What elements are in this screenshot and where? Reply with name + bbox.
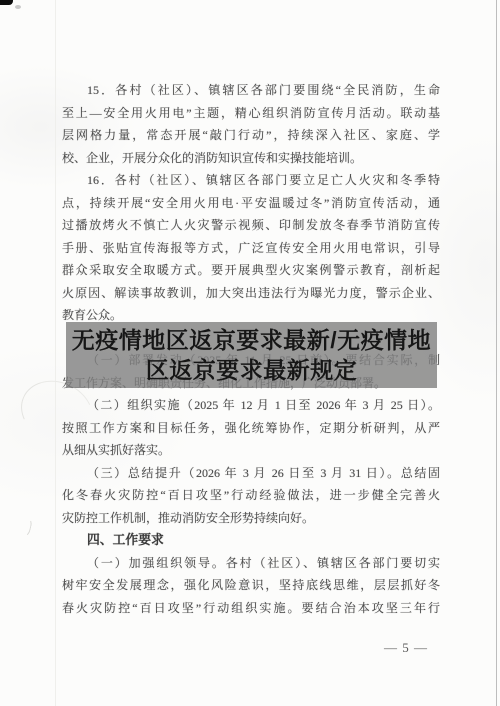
document-line: （三）总结提升（2026 年 3 月 26 日至 3 月 31 日）。总结固 xyxy=(62,462,440,485)
corner-scan-mark xyxy=(0,0,13,5)
document-line: 树牢安全发展理念，强化风险意识，坚持底线思维，层层抓好冬 xyxy=(62,574,440,597)
overlay-banner: 无疫情地区返京要求最新/无疫情地 区返京要求最新规定 xyxy=(66,322,437,388)
scanned-page: 15．各村（社区）、镇辖区各部门要围绕“全民消防，生命至上—安全用火用电”主题，… xyxy=(0,0,500,706)
document-line: （一）加强组织领导。各村（社区）、镇辖区各部门要切实 xyxy=(62,552,440,575)
document-line: 四、工作要求 xyxy=(62,529,440,552)
document-line: 灾防控工作机制，推动消防安全形势持续向好。 xyxy=(62,507,440,530)
document-line: 从细从实抓好落实。 xyxy=(62,439,440,462)
document-line: 过播放烤火不慎亡人火灾警示视频、印制发放冬春季节消防宣传 xyxy=(62,214,440,237)
document-line: 火原因、解读事故教训，加大突出违法行为曝光力度，警示企业、 xyxy=(62,282,440,305)
overlay-banner-line2: 区返京要求最新规定 xyxy=(146,355,358,385)
scan-smudge xyxy=(18,517,33,537)
document-line: 点，持续开展“安全用火用电·平安温暖过冬”消防宣传活动，通 xyxy=(62,192,440,215)
overlay-banner-line1: 无疫情地区返京要求最新/无疫情地 xyxy=(72,325,431,355)
right-edge-scan-line xyxy=(496,0,498,706)
document-line: 手册、张贴宣传海报等方式，广泛宣传安全用火用电常识，引导 xyxy=(62,237,440,260)
document-line: 春火灾防控“百日攻坚”行动组织实施。要结合治本攻坚三年行 xyxy=(62,597,440,620)
document-line: 按照工作方案和目标任务，强化统筹协作，定期分析研判，从严 xyxy=(62,417,440,440)
document-line: 化冬春火灾防控“百日攻坚”行动经验做法，进一步健全完善火 xyxy=(62,484,440,507)
document-line: 15．各村（社区）、镇辖区各部门要围绕“全民消防，生命 xyxy=(62,79,440,102)
document-line: 16．各村（社区）、镇辖区各部门要立足亡人火灾和冬季特 xyxy=(62,169,440,192)
document-line: （二）组织实施（2025 年 12 月 1 日至 2026 年 3 月 25 日… xyxy=(62,394,440,417)
page-number: — 5 — xyxy=(0,640,428,656)
document-line: 群众采取安全取暖方式。要开展典型火灾案例警示教育，剖析起 xyxy=(62,259,440,282)
left-fold-line xyxy=(55,0,56,706)
document-line: 校、企业，开展分众化的消防知识宣传和实操技能培训。 xyxy=(62,147,440,170)
document-line: 层网格力量，常态开展“敲门行动”，持续深入社区、家庭、学 xyxy=(62,124,440,147)
document-line: 至上—安全用火用电”主题，精心组织消防宣传月活动。联动基 xyxy=(62,102,440,125)
